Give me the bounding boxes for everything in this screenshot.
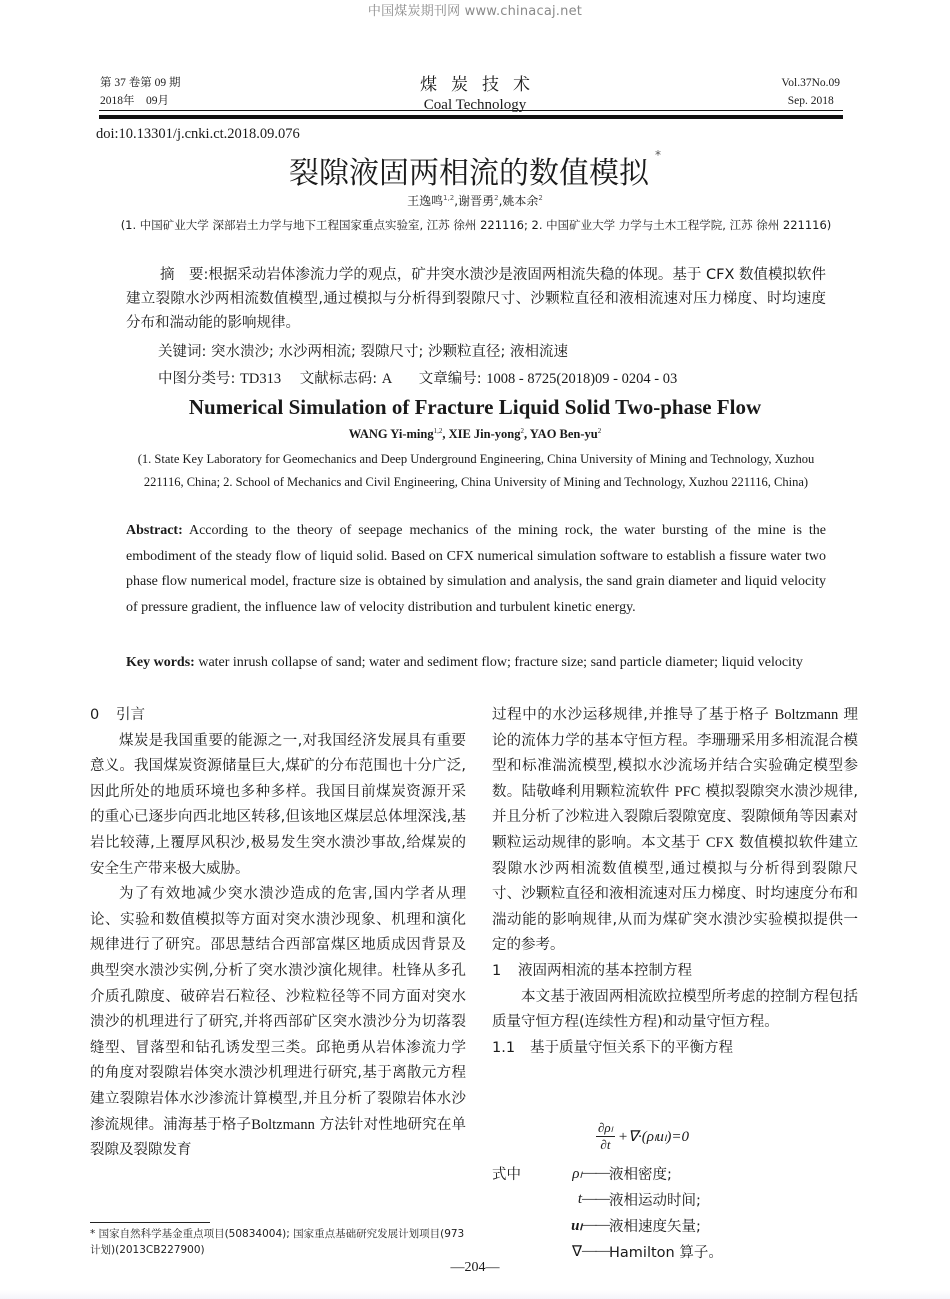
author-affil-sup: 1,2 — [443, 194, 454, 202]
paragraph-text: 为了有效地减少突水溃沙造成的危害,国内学者从理论、实验和数值模拟等方面对突水溃沙… — [90, 886, 466, 1132]
section-title: 液固两相流的基本控制方程 — [518, 963, 692, 979]
doc-code-value: A — [382, 371, 392, 387]
latin-term: Boltzmann — [775, 707, 839, 723]
header-rule-thick — [99, 115, 843, 119]
abstract-cn-label: 摘 要: — [160, 267, 208, 283]
funding-footnote: * 国家自然科学基金重点项目(50834004); 国家重点基础研究发展计划项目… — [90, 1226, 470, 1258]
dash: —— — [582, 1217, 609, 1234]
latin-term: PFC — [675, 784, 701, 800]
fraction-denominator: ∂t — [600, 1137, 610, 1153]
page-number: —204— — [0, 1260, 950, 1276]
symbol: t — [538, 1191, 582, 1208]
fraction-numerator: ∂ρₗ — [596, 1120, 615, 1137]
author-name: 姚本余 — [502, 194, 538, 208]
paragraph-text: 过程中的水沙运移规律,并推导了基于格子 — [492, 707, 775, 723]
author-name-en: XIE Jin-yong — [449, 427, 521, 441]
definition: 液相运动时间; — [609, 1189, 701, 1210]
affiliations-en: (1. State Key Laboratory for Geomechanic… — [126, 448, 826, 494]
subsection-title: 基于质量守恒关系下的平衡方程 — [530, 1040, 733, 1056]
body-column-left: 0引言 煤炭是我国重要的能源之一,对我国经济发展具有重要意义。我国煤炭资源储量巨… — [90, 703, 466, 1164]
body-column-right: 过程中的水沙运移规律,并推导了基于格子 Boltzmann 理论的流体力学的基本… — [492, 703, 858, 1061]
where-label: 式中 — [492, 1163, 538, 1184]
classification-line: 中图分类号: TD313 文献标志码: A 文章编号: 1008 - 8725(… — [158, 367, 677, 388]
abstract-cn-text: 根据采动岩体渗流力学的观点，矿井突水溃沙是液固两相流失稳的体现。基于 CFX 数… — [126, 267, 826, 331]
article-no-value: 1008 - 8725(2018)09 - 0204 - 03 — [486, 371, 677, 387]
affiliations-cn: (1. 中国矿业大学 深部岩土力学与地下工程国家重点实验室, 江苏 徐州 221… — [96, 213, 856, 238]
authors-cn: 王逸鸣1,2,谢晋勇2,姚本余2 — [0, 192, 950, 209]
symbol: ρₗ — [538, 1164, 582, 1183]
header-rule-thin — [99, 110, 843, 111]
section-heading-0: 0引言 — [90, 703, 466, 729]
scan-edge — [0, 1290, 950, 1299]
paper-title-cn: 裂隙液固两相流的数值模拟* — [0, 148, 950, 192]
dash: —— — [582, 1165, 609, 1182]
subsection-number: 1.1 — [492, 1036, 530, 1062]
authors-en: WANG Yi-ming1,2, XIE Jin-yong2, YAO Ben-… — [0, 427, 950, 442]
abstract-en-label: Abstract: — [126, 523, 183, 538]
intro-paragraph-2-cont: 过程中的水沙运移规律,并推导了基于格子 Boltzmann 理论的流体力学的基本… — [492, 703, 858, 959]
keywords-cn-label: 关键词: — [158, 344, 206, 360]
keywords-en: Key words: water inrush collapse of sand… — [126, 650, 826, 676]
paragraph-text: 数值模拟软件建立裂隙水沙两相流数值模型,通过模拟与分析得到裂隙尺寸、沙颗粒直径和… — [492, 835, 858, 953]
keywords-cn: 关键词: 突水溃沙; 水沙两相流; 裂隙尺寸; 沙颗粒直径; 液相流速 — [158, 340, 568, 361]
definition: Hamilton 算子。 — [609, 1241, 723, 1262]
journal-issue-en: Vol.37No.09 Sep. 2018 — [781, 74, 840, 110]
section-1-paragraph: 本文基于液固两相流欧拉模型所考虑的控制方程包括质量守恒方程(连续性方程)和动量守… — [492, 985, 858, 1036]
continuity-equation: ∂ρₗ ∂t +∇·(ρₗuₗ)=0 — [596, 1120, 689, 1153]
partial-derivative-fraction: ∂ρₗ ∂t — [596, 1120, 615, 1153]
doc-code-label: 文献标志码: — [300, 371, 377, 387]
definition: 液相速度矢量; — [609, 1215, 701, 1236]
doi[interactable]: doi:10.13301/j.cnki.ct.2018.09.076 — [96, 126, 300, 143]
clc-label: 中图分类号: — [158, 371, 235, 387]
footnote-rule — [90, 1222, 210, 1223]
symbol: uₗ — [538, 1216, 582, 1235]
dash: —— — [582, 1191, 609, 1208]
funding-mark: * — [655, 148, 661, 162]
latin-term: CFX — [706, 835, 734, 851]
keywords-en-text: water inrush collapse of sand; water and… — [198, 655, 803, 670]
clc-value: TD313 — [240, 371, 281, 387]
author-name-en: WANG Yi-ming — [349, 427, 434, 441]
paper-title-en: Numerical Simulation of Fracture Liquid … — [0, 395, 950, 420]
intro-paragraph-1: 煤炭是我国重要的能源之一,对我国经济发展具有重要意义。我国煤炭资源储量巨大,煤矿… — [90, 729, 466, 883]
abstract-en-text: According to the theory of seepage mecha… — [126, 523, 826, 615]
keywords-en-label: Key words: — [126, 655, 195, 670]
latin-term: Boltzmann — [251, 1117, 315, 1133]
volume-issue-en: Vol.37No.09 — [781, 74, 840, 92]
abstract-cn: 摘 要:根据采动岩体渗流力学的观点，矿井突水溃沙是液固两相流失稳的体现。基于 C… — [126, 263, 826, 335]
section-number: 0 — [90, 703, 116, 729]
section-title: 引言 — [116, 707, 145, 723]
definition-row: uₗ——液相速度矢量; — [492, 1212, 723, 1238]
dash: —— — [582, 1243, 609, 1260]
date-en: Sep. 2018 — [781, 92, 840, 110]
section-heading-1: 1液固两相流的基本控制方程 — [492, 959, 858, 985]
nabla-symbol: ∇ — [538, 1242, 582, 1261]
definition-row: t——液相运动时间; — [492, 1186, 723, 1212]
author-name: 王逸鸣 — [407, 194, 443, 208]
intro-paragraph-2: 为了有效地减少突水溃沙造成的危害,国内学者从理论、实验和数值模拟等方面对突水溃沙… — [90, 882, 466, 1164]
subsection-heading-1-1: 1.1基于质量守恒关系下的平衡方程 — [492, 1036, 858, 1062]
abstract-en: Abstract: According to the theory of see… — [126, 518, 826, 620]
title-cn-text: 裂隙液固两相流的数值模拟 — [289, 156, 649, 191]
article-no-label: 文章编号: — [419, 371, 482, 387]
definition: 液相密度; — [609, 1163, 672, 1184]
site-watermark: 中国煤炭期刊网 www.chinacaj.net — [0, 0, 950, 19]
section-number: 1 — [492, 959, 518, 985]
author-affil-sup: 2 — [598, 427, 602, 435]
symbol-definitions: 式中ρₗ——液相密度; t——液相运动时间; uₗ——液相速度矢量; ∇——Ha… — [492, 1160, 723, 1264]
equation-rest: +∇·(ρₗuₗ)=0 — [618, 1127, 689, 1146]
author-name-en: YAO Ben-yu — [530, 427, 598, 441]
author-name: 谢晋勇 — [458, 194, 494, 208]
author-affil-sup: 2 — [538, 194, 542, 202]
keywords-cn-text: 突水溃沙; 水沙两相流; 裂隙尺寸; 沙颗粒直径; 液相流速 — [211, 344, 568, 360]
definition-row: 式中ρₗ——液相密度; — [492, 1160, 723, 1186]
